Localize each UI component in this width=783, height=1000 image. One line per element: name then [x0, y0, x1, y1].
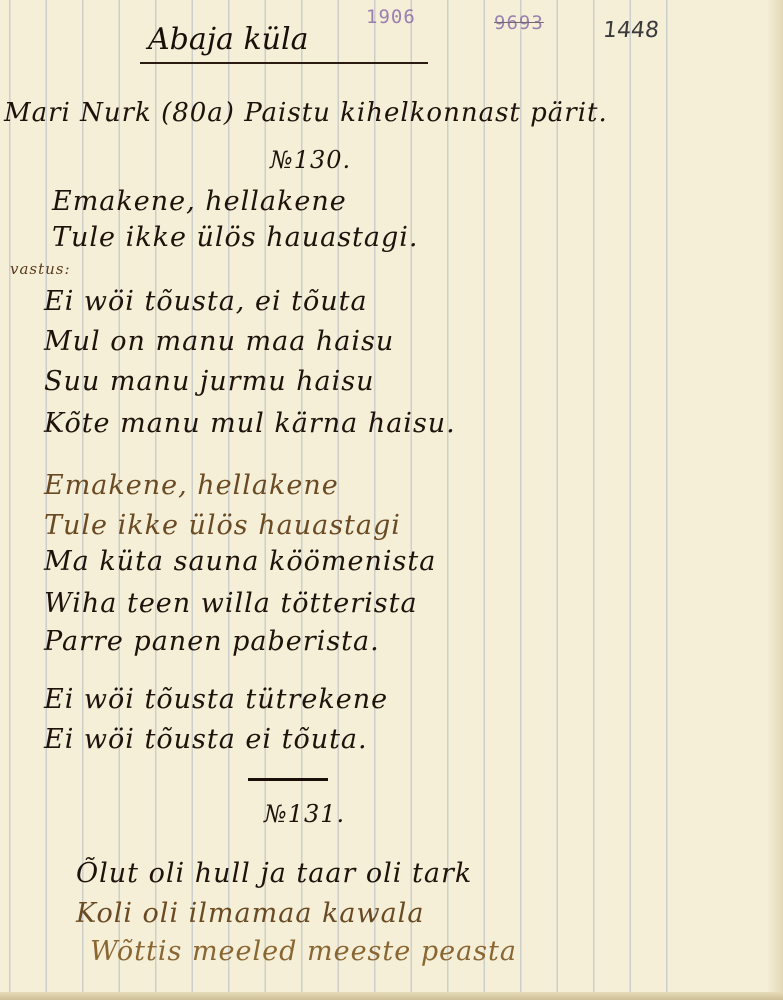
- informant-line: Mari Nurk (80a) Paistu kihelkonnast päri…: [4, 98, 608, 128]
- verse-line: Kõte manu mul kärna haisu.: [44, 408, 456, 439]
- archive-number: 1448: [602, 18, 661, 43]
- page-title: Abaja küla: [148, 22, 308, 57]
- song-number-130: №130.: [270, 146, 351, 174]
- response-label: vastus:: [10, 260, 71, 278]
- verse-line: Emakene, hellakene: [44, 470, 339, 501]
- manuscript-page: 1906 9693 1448 Abaja küla Mari Nurk (80a…: [0, 0, 783, 1000]
- page-edge-shadow: [767, 0, 783, 1000]
- song-number-131: №131.: [264, 800, 345, 828]
- verse-line: Wiha teen willa tötterista: [44, 588, 418, 619]
- verse-line: Emakene, hellakene: [52, 186, 347, 217]
- verse-line: Koli oli ilmamaa kawala: [76, 898, 424, 929]
- verse-line: Ei wöi tõusta, ei tõuta: [44, 286, 368, 317]
- verse-line: Ei wöi tõusta tütrekene: [44, 684, 388, 715]
- verse-line: Tule ikke ülös hauastagi.: [52, 222, 419, 253]
- section-divider: [248, 778, 328, 781]
- verse-line: Wõttis meeled meeste peasta: [90, 936, 517, 967]
- title-underline: [140, 62, 428, 64]
- archive-stamp-1: 1906: [366, 6, 416, 28]
- verse-line: Suu manu jurmu haisu: [44, 366, 375, 397]
- archive-stamp-2-struck: 9693: [494, 12, 544, 34]
- verse-line: Parre panen paberista.: [44, 626, 380, 657]
- verse-line: Tule ikke ülös hauastagi: [44, 510, 401, 541]
- verse-line: Mul on manu maa haisu: [44, 326, 394, 357]
- verse-line: Õlut oli hull ja taar oli tark: [76, 858, 472, 889]
- verse-line: Ei wöi tõusta ei tõuta.: [44, 724, 368, 755]
- verse-line: Ma küta sauna köömenista: [44, 546, 436, 577]
